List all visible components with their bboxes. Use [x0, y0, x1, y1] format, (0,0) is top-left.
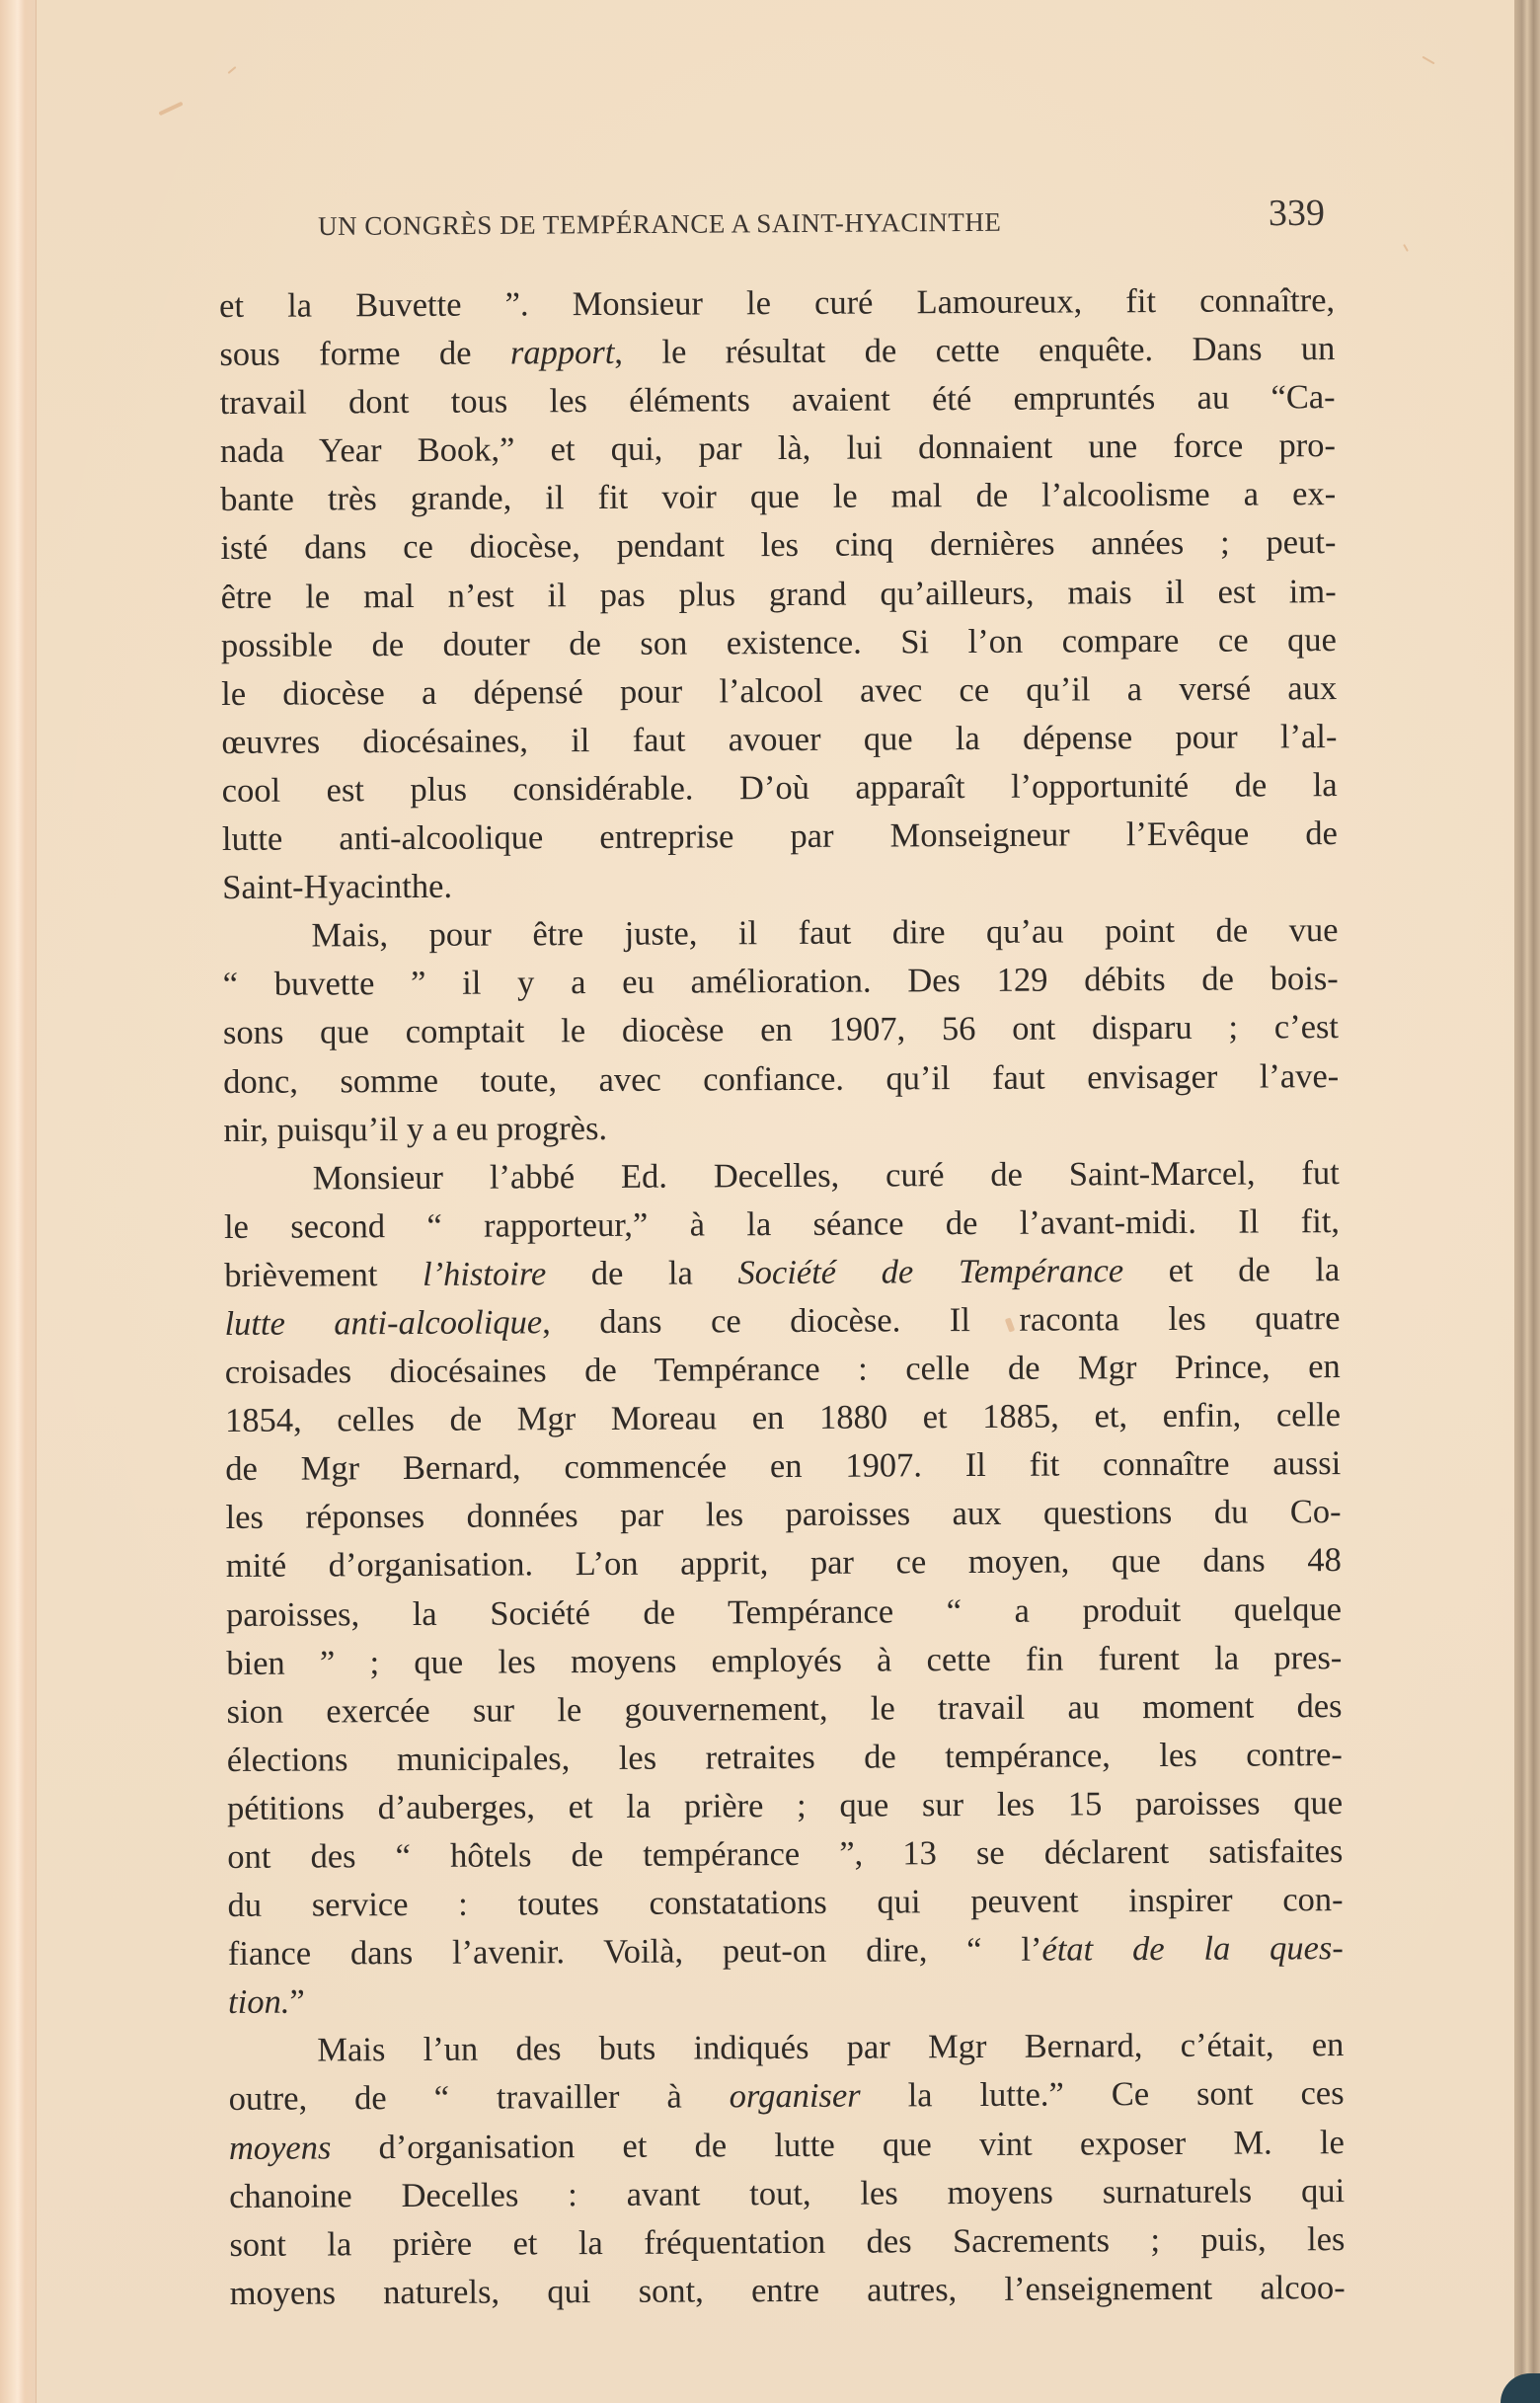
text-segment: les réponses données par les paroisses a…	[225, 1493, 1341, 1536]
text-line: nir, puisqu’il y a eu progrès.	[223, 1101, 1339, 1155]
text-segment: 1854, celles de Mgr Moreau en 1880 et 18…	[225, 1396, 1341, 1439]
text-line: lutte anti-alcoolique, dans ce diocèse. …	[224, 1294, 1340, 1349]
text-line: de Mgr Bernard, commencée en 1907. Il fi…	[225, 1439, 1341, 1494]
text-segment: nir, puisqu’il y a eu progrès.	[223, 1110, 607, 1149]
text-line: Mais l’un des buts indiqués par Mgr Bern…	[228, 2021, 1344, 2075]
text-line: et la Buvette ”. Monsieur le curé Lamour…	[219, 276, 1335, 331]
text-line: paroisses, la Société de Tempérance “ a …	[226, 1586, 1342, 1640]
text-segment: et de la	[1123, 1251, 1340, 1289]
running-title: UN CONGRÈS DE TEMPÉRANCE A SAINT-HYACINT…	[318, 207, 1001, 242]
text-segment: outre, de “ travailler à	[229, 2078, 730, 2119]
text-segment: travail dont tous les éléments avaient é…	[220, 378, 1336, 422]
text-line: ont des “ hôtels de tempérance ”, 13 se …	[227, 1827, 1343, 1882]
text-line: cool est plus considérable. D’où apparaî…	[222, 761, 1338, 815]
text-line: lutte anti-alcoolique entreprise par Mon…	[222, 810, 1338, 864]
italic-text: organiser	[730, 2077, 861, 2116]
text-segment: fiance dans l’avenir. Voilà, peut-on dir…	[228, 1931, 1042, 1973]
text-line: moyens d’organisation et de lutte que vi…	[229, 2119, 1345, 2173]
running-head: UN CONGRÈS DE TEMPÉRANCE A SAINT-HYACINT…	[318, 192, 1325, 247]
text-line: du service : toutes constatations qui pe…	[227, 1876, 1343, 1930]
text-line: Mais, pour être juste, il faut dire qu’a…	[222, 906, 1338, 961]
text-line: sont la prière et la fréquentation des S…	[229, 2215, 1345, 2270]
text-segment: possible de douter de son existence. Si …	[221, 621, 1337, 664]
text-line: bante très grande, il fit voir que le ma…	[220, 470, 1336, 524]
text-line: tion.”	[228, 1973, 1344, 2027]
text-line: être le mal n’est il pas plus grand qu’a…	[221, 568, 1337, 622]
italic-text: moyens	[229, 2129, 332, 2167]
text-segment: bien ” ; que les moyens employés à cette…	[226, 1639, 1342, 1682]
text-line: “ buvette ” il y a eu amélioration. Des …	[223, 955, 1339, 1009]
text-segment: de Mgr Bernard, commencée en 1907. Il fi…	[225, 1444, 1341, 1488]
text-line: croisades diocésaines de Tempérance : ce…	[225, 1343, 1341, 1397]
text-line: mité d’organisation. L’on apprit, par ce…	[226, 1537, 1342, 1591]
italic-text: l’histoire	[423, 1255, 546, 1293]
text-segment: et la Buvette ”. Monsieur le curé Lamour…	[219, 281, 1335, 325]
text-segment: cool est plus considérable. D’où apparaî…	[222, 766, 1338, 810]
text-segment: Saint-Hyacinthe.	[222, 868, 452, 906]
text-segment: isté dans ce diocèse, pendant les cinq d…	[220, 524, 1336, 568]
text-segment: bante très grande, il fit voir que le ma…	[220, 475, 1336, 518]
text-segment: paroisses, la Société de Tempérance “ a …	[226, 1590, 1342, 1634]
text-line: les réponses données par les paroisses a…	[225, 1488, 1341, 1542]
text-line: nada Year Book,” et qui, par là, lui don…	[220, 422, 1336, 476]
page-number: 339	[1269, 192, 1325, 235]
text-segment: Monsieur l’abbé Ed. Decelles, curé de Sa…	[313, 1154, 1340, 1197]
text-line: brièvement l’histoire de la Société de T…	[224, 1246, 1340, 1300]
text-segment: lutte anti-alcoolique entreprise par Mon…	[222, 814, 1338, 858]
text-segment: croisades diocésaines de Tempérance : ce…	[225, 1348, 1341, 1391]
text-line: chanoine Decelles : avant tout, les moye…	[229, 2167, 1345, 2221]
text-line: isté dans ce diocèse, pendant les cinq d…	[220, 519, 1336, 574]
scanned-page: UN CONGRÈS DE TEMPÉRANCE A SAINT-HYACINT…	[0, 0, 1540, 2403]
text-segment: brièvement	[224, 1256, 423, 1294]
page-binding-edge	[1514, 0, 1540, 2403]
text-segment: ”	[289, 1983, 305, 2021]
text-segment: nada Year Book,” et qui, par là, lui don…	[220, 426, 1336, 470]
text-line: donc, somme toute, avec confiance. qu’il…	[223, 1052, 1339, 1107]
text-line: sons que comptait le diocèse en 1907, 56…	[223, 1003, 1339, 1057]
text-segment: du service : toutes constatations qui pe…	[228, 1881, 1344, 1924]
italic-text: rapport	[510, 334, 615, 372]
italic-text: lutte anti-alcoolique	[224, 1303, 542, 1343]
text-line: élections municipales, les retraites de …	[227, 1731, 1343, 1785]
text-line: sous forme de rapport, le résultat de ce…	[219, 325, 1335, 379]
text-segment: être le mal n’est il pas plus grand qu’a…	[221, 573, 1337, 616]
text-line: travail dont tous les éléments avaient é…	[220, 373, 1336, 427]
text-segment: le second “ rapporteur,” à la séance de …	[224, 1202, 1340, 1246]
text-segment: Mais l’un des buts indiqués par Mgr Bern…	[317, 2026, 1344, 2068]
text-segment: œuvres diocésaines, il faut avouer que l…	[221, 718, 1337, 761]
text-line: le second “ rapporteur,” à la séance de …	[224, 1198, 1340, 1252]
text-segment: sous forme de	[219, 335, 510, 374]
text-line: moyens naturels, qui sont, entre autres,…	[230, 2264, 1346, 2318]
text-line: possible de douter de son existence. Si …	[221, 616, 1337, 670]
text-segment: ont des “ hôtels de tempérance ”, 13 se …	[227, 1832, 1343, 1876]
text-line: fiance dans l’avenir. Voilà, peut-on dir…	[228, 1924, 1344, 1978]
text-segment: sion exercée sur le gouvernement, le tra…	[226, 1687, 1342, 1731]
text-line: sion exercée sur le gouvernement, le tra…	[226, 1682, 1342, 1737]
text-line: 1854, celles de Mgr Moreau en 1880 et 18…	[225, 1391, 1341, 1445]
text-segment: , le résultat de cette enquête. Dans un	[614, 330, 1335, 371]
body-text: et la Buvette ”. Monsieur le curé Lamour…	[219, 276, 1346, 2318]
text-segment: moyens naturels, qui sont, entre autres,…	[230, 2269, 1346, 2312]
text-line: pétitions d’auberges, et la prière ; que…	[227, 1779, 1343, 1833]
text-segment: la lutte.” Ce sont ces	[861, 2075, 1345, 2116]
text-segment: d’organisation et de lutte que vint expo…	[331, 2124, 1345, 2166]
text-segment: donc, somme toute, avec confiance. qu’il…	[223, 1057, 1339, 1101]
italic-text: Société de Tempérance	[737, 1252, 1123, 1291]
text-line: Saint-Hyacinthe.	[222, 858, 1338, 912]
text-segment: sons que comptait le diocèse en 1907, 56…	[223, 1008, 1339, 1051]
text-segment: de la	[546, 1254, 737, 1292]
text-line: le diocèse a dépensé pour l’alcool avec …	[221, 664, 1337, 719]
italic-text: tion.	[228, 1983, 289, 2021]
text-segment: , dans ce diocèse. Il raconta les quatre	[542, 1299, 1341, 1341]
text-segment: pétitions d’auberges, et la prière ; que…	[227, 1784, 1343, 1827]
text-segment: Mais, pour être juste, il faut dire qu’a…	[311, 911, 1338, 954]
italic-text: état de la ques-	[1041, 1929, 1344, 1969]
text-line: œuvres diocésaines, il faut avouer que l…	[221, 713, 1337, 767]
page-left-edge	[0, 0, 37, 2403]
text-line: bien ” ; que les moyens employés à cette…	[226, 1634, 1342, 1688]
text-segment: mité d’organisation. L’on apprit, par ce…	[226, 1542, 1342, 1586]
text-segment: le diocèse a dépensé pour l’alcool avec …	[221, 669, 1337, 713]
text-segment: chanoine Decelles : avant tout, les moye…	[229, 2172, 1345, 2215]
background-corner	[1501, 2373, 1540, 2403]
text-line: outre, de “ travailler à organiser la lu…	[229, 2070, 1345, 2125]
text-segment: élections municipales, les retraites de …	[227, 1736, 1343, 1779]
text-line: Monsieur l’abbé Ed. Decelles, curé de Sa…	[224, 1149, 1340, 1203]
text-segment: “ buvette ” il y a eu amélioration. Des …	[223, 960, 1339, 1003]
text-segment: sont la prière et la fréquentation des S…	[229, 2220, 1345, 2264]
